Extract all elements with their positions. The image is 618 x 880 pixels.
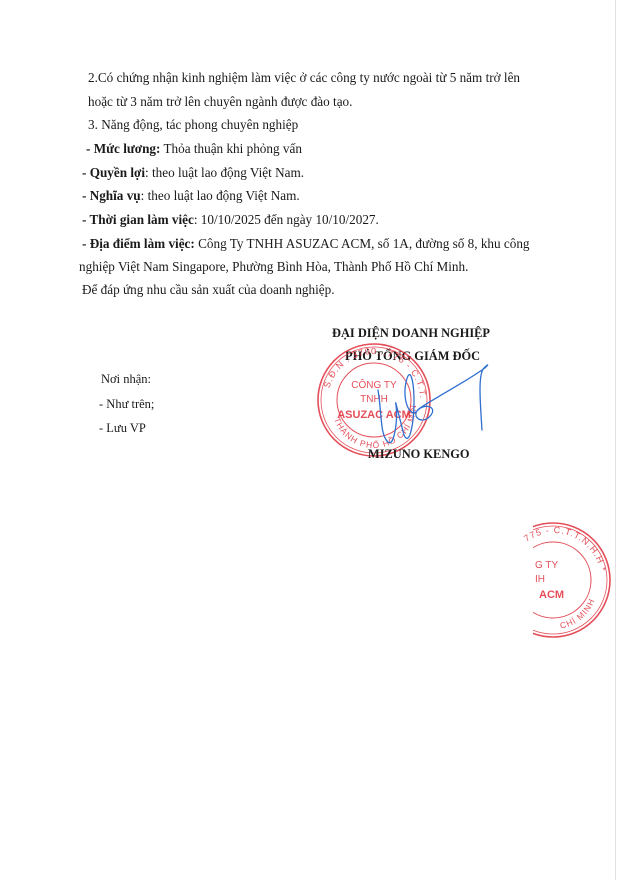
term-label: - Nghĩa vụ <box>82 188 141 203</box>
term-value: : theo luật lao động Việt Nam. <box>145 165 304 180</box>
requirement-3: 3. Năng động, tác phong chuyên nghiệp <box>88 117 298 133</box>
term-value: : theo luật lao động Việt Nam. <box>141 188 300 203</box>
term-label: - Thời gian làm việc <box>82 212 194 227</box>
term-label: - Quyền lợi <box>82 165 145 180</box>
term-benefits: - Quyền lợi: theo luật lao động Việt Nam… <box>82 165 304 181</box>
purpose-statement: Để đáp ứng nhu cầu sản xuất của doanh ng… <box>82 282 335 298</box>
workplace-line2: nghiệp Việt Nam Singapore, Phường Bình H… <box>79 259 468 275</box>
recipients-heading: Nơi nhận: <box>101 371 151 387</box>
svg-text:CHÍ MINH: CHÍ MINH <box>559 597 597 631</box>
term-value: Công Ty TNHH ASUZAC ACM, số 1A, đường số… <box>195 236 530 251</box>
svg-text:IH: IH <box>535 574 545 585</box>
requirement-2-line2: hoặc từ 3 năm trở lên chuyên ngành được … <box>88 94 352 110</box>
term-working-time: - Thời gian làm việc: 10/10/2025 đến ngà… <box>82 212 379 228</box>
term-label: - Mức lương: <box>86 141 160 156</box>
term-value: : 10/10/2025 đến ngày 10/10/2027. <box>194 212 379 227</box>
term-label: - Địa điểm làm việc: <box>82 236 195 251</box>
page-edge <box>615 0 616 880</box>
requirement-2-line1: 2.Có chứng nhận kinh nghiệm làm việc ở c… <box>88 70 520 86</box>
term-workplace: - Địa điểm làm việc: Công Ty TNHH ASUZAC… <box>82 236 530 252</box>
term-salary: - Mức lương: Thỏa thuận khi phỏng vấn <box>86 141 302 157</box>
handwritten-signature <box>370 360 510 450</box>
recipient-item: - Như trên; <box>99 396 154 412</box>
partial-seal-stamp: 775 - C.T.T.N.H.H * CHÍ MINH G TY IH ACM <box>493 518 615 642</box>
recipient-item: - Lưu VP <box>99 420 146 436</box>
term-value: Thỏa thuận khi phỏng vấn <box>160 141 302 156</box>
term-obligations: - Nghĩa vụ: theo luật lao động Việt Nam. <box>82 188 300 204</box>
svg-text:ACM: ACM <box>539 589 564 601</box>
signature-org-title: ĐẠI DIỆN DOANH NGHIỆP <box>332 326 490 341</box>
svg-text:G TY: G TY <box>535 560 558 571</box>
